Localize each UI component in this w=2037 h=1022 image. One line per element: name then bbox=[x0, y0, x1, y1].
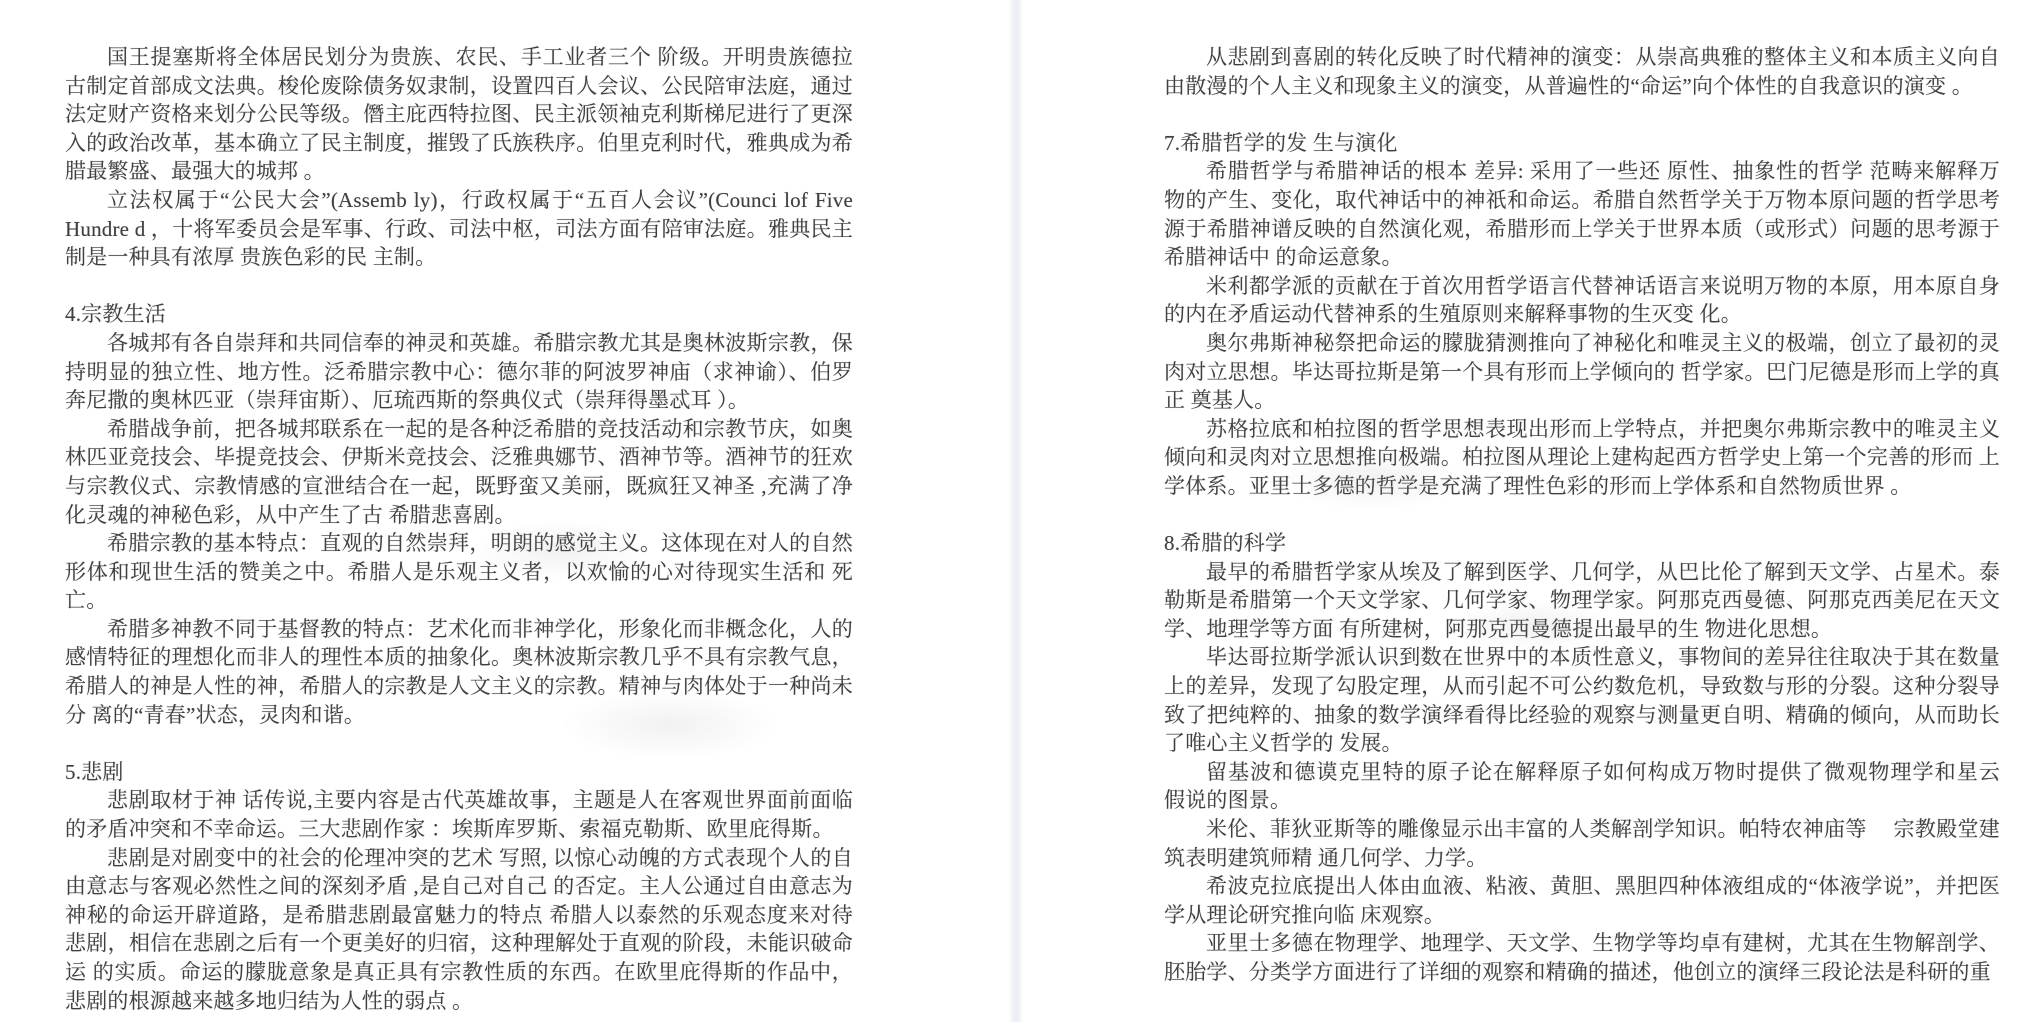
section-heading: 7.希腊哲学的发 生与演化 bbox=[1164, 129, 2000, 158]
paragraph: 苏格拉底和柏拉图的哲学思想表现出形而上学特点，并把奥尔弗斯宗教中的唯灵主义倾向和… bbox=[1164, 415, 2000, 501]
page-right-content: 从悲剧到喜剧的转化反映了时代精神的演变：从崇高典雅的整体主义和本质主义向自由散漫… bbox=[1164, 43, 2000, 987]
paragraph: 米伦、菲狄亚斯等的雕像显示出丰富的人类解剖学知识。帕特农神庙等 宗教殿堂建筑表明… bbox=[1164, 815, 2000, 872]
paragraph: 希腊战争前，把各城邦联系在一起的是各种泛希腊的竞技活动和宗教节庆，如奥林匹亚竞技… bbox=[65, 415, 853, 529]
paragraph: 亚里士多德在物理学、地理学、天文学、生物学等均卓有建树，尤其在生物解剖学、胚胎学… bbox=[1164, 929, 2000, 986]
paragraph: 希波克拉底提出人体由血液、粘液、黄胆、黑胆四种体液组成的“体液学说”，并把医学从… bbox=[1164, 872, 2000, 929]
paragraph: 悲剧是对剧变中的社会的伦理冲突的艺术 写照, 以惊心动魄的方式表现个人的自由意志… bbox=[65, 844, 853, 1016]
paragraph: 留基波和德谟克里特的原子论在解释原子如何构成万物时提供了微观物理学和星云 假说的… bbox=[1164, 758, 2000, 815]
paragraph: 各城邦有各自崇拜和共同信奉的神灵和英雄。希腊宗教尤其是奥林波斯宗教，保持明显的独… bbox=[65, 329, 853, 415]
paragraph: 立法权属于“公民大会”(Assemb ly)，行政权属于“五百人会议”(Coun… bbox=[65, 186, 853, 272]
paragraph: 从悲剧到喜剧的转化反映了时代精神的演变：从崇高典雅的整体主义和本质主义向自由散漫… bbox=[1164, 43, 2000, 100]
section-heading: 5.悲剧 bbox=[65, 758, 853, 787]
paragraph: 希腊宗教的基本特点：直观的自然崇拜，明朗的感觉主义。这体现在对人的自然形体和现世… bbox=[65, 529, 853, 615]
section-heading: 4.宗教生活 bbox=[65, 300, 853, 329]
page-left-content: 国王提塞斯将全体居民划分为贵族、农民、手工业者三个 阶级。开明贵族德拉古制定首部… bbox=[65, 43, 853, 1015]
paragraph: 米利都学派的贡献在于首次用哲学语言代替神话语言来说明万物的本原，用本原自身的内在… bbox=[1164, 272, 2000, 329]
paragraph: 奥尔弗斯神秘祭把命运的朦胧猜测推向了神秘化和唯灵主义的极端，创立了最初的灵肉对立… bbox=[1164, 329, 2000, 415]
section-heading: 8.希腊的科学 bbox=[1164, 529, 2000, 558]
paragraph: 希腊哲学与希腊神话的根本 差异: 采用了一些还 原性、抽象性的哲学 范畴来解释万… bbox=[1164, 157, 2000, 271]
paragraph: 最早的希腊哲学家从埃及了解到医学、几何学，从巴比伦了解到天文学、占星术。泰勒斯是… bbox=[1164, 558, 2000, 644]
paragraph: 悲剧取材于神 话传说,主要内容是古代英雄故事，主题是人在客观世界面前面临的矛盾冲… bbox=[65, 786, 853, 843]
page-left: 国王提塞斯将全体居民划分为贵族、农民、手工业者三个 阶级。开明贵族德拉古制定首部… bbox=[0, 0, 1009, 1022]
paragraph: 国王提塞斯将全体居民划分为贵族、农民、手工业者三个 阶级。开明贵族德拉古制定首部… bbox=[65, 43, 853, 186]
page-gutter bbox=[1009, 0, 1023, 1022]
paragraph: 希腊多神教不同于基督教的特点：艺术化而非神学化，形象化而非概念化，人的感情特征的… bbox=[65, 615, 853, 729]
document-viewer[interactable]: 国王提塞斯将全体居民划分为贵族、农民、手工业者三个 阶级。开明贵族德拉古制定首部… bbox=[0, 0, 2037, 1022]
page-right: 从悲剧到喜剧的转化反映了时代精神的演变：从崇高典雅的整体主义和本质主义向自由散漫… bbox=[1023, 0, 2037, 1022]
paragraph: 毕达哥拉斯学派认识到数在世界中的本质性意义，事物间的差异往往取决于其在数量上的差… bbox=[1164, 643, 2000, 757]
